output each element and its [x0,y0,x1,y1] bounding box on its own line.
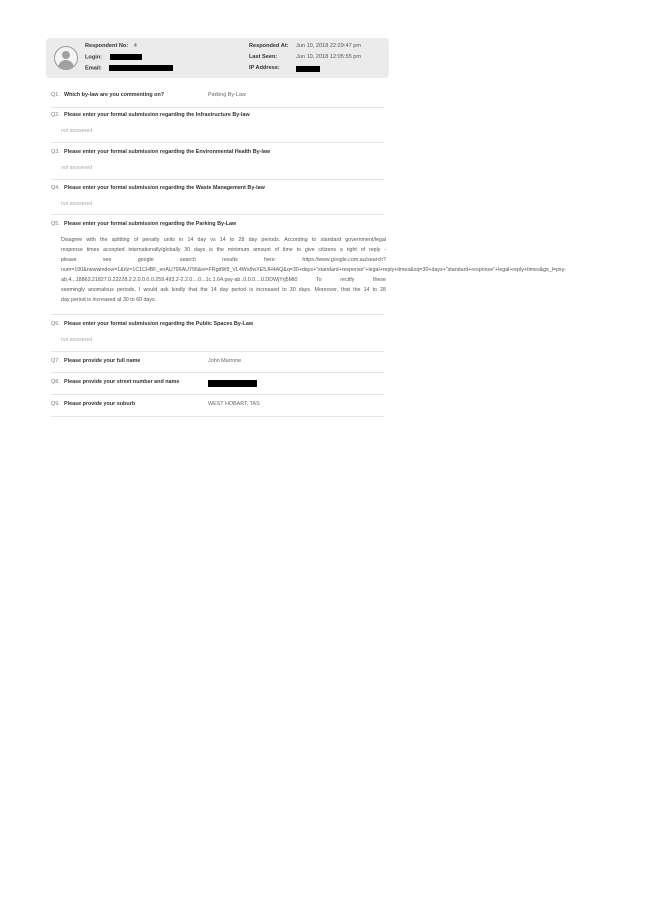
question-6: Q6. Please enter your formal submission … [51,319,384,352]
answer-line: seemingly anomalous periods, I would ask… [61,285,386,295]
last-seen-row: Last Seen: Jun 10, 2018 12:05:55 pm [249,54,277,61]
responded-at-label: Responded At: [249,43,289,49]
email-label: Email: [85,65,102,71]
question-text: Please enter your formal submission rega… [64,221,236,227]
not-answered-text: not answered [61,128,92,134]
question-3: Q3. Please enter your formal submission … [51,147,384,180]
email-redacted [109,65,173,71]
question-number: Q6. [51,321,60,327]
question-number: Q9. [51,401,60,407]
login-row: Login: [85,54,142,61]
user-avatar-icon [54,46,78,70]
ip-address-label: IP Address: [249,65,280,71]
responded-at-row: Responded At: Jun 10, 2018 22:29:47 pm [249,43,289,50]
answer-line: Disagree with the splitting of penalty u… [61,235,386,245]
answer-text: WEST HOBART, TAS [208,401,260,407]
question-text: Please enter your formal submission rega… [64,149,270,155]
question-text: Please provide your suburb [64,401,135,407]
respondent-no-value: 4 [134,43,137,49]
street-redacted [208,380,257,387]
answer-line: please see google search results here: h… [61,255,386,265]
question-text: Please enter your formal submission rega… [64,321,253,327]
not-answered-text: not answered [61,201,92,207]
question-5: Q5. Please enter your formal submission … [51,219,384,315]
submission-answer-text: Disagree with the splitting of penalty u… [61,235,386,305]
question-text: Please enter your formal submission rega… [64,112,250,118]
ip-address-redacted [296,66,320,72]
question-7: Q7. Please provide your full name John M… [51,355,384,373]
question-2: Q2. Please enter your formal submission … [51,110,384,143]
question-text: Which by-law are you commenting on? [64,92,164,98]
question-number: Q7. [51,358,60,364]
respondent-no-row: Respondent No: 4 [85,43,137,50]
answer-line: day period is increased at 30 to 60 days… [61,295,386,305]
question-number: Q5. [51,221,60,227]
answer-text: John Marrone [208,358,241,364]
last-seen-value: Jun 10, 2018 12:05:55 pm [296,54,361,61]
last-seen-label: Last Seen: [249,54,277,60]
question-text: Please enter your formal submission rega… [64,185,265,191]
question-text: Please provide your full name [64,358,140,364]
question-number: Q8. [51,379,60,385]
email-row: Email: [85,65,173,72]
not-answered-text: not answered [61,165,92,171]
question-number: Q2. [51,112,60,118]
login-redacted [110,54,142,60]
question-4: Q4. Please enter your formal submission … [51,183,384,215]
question-1: Q1. Which by-law are you commenting on? … [51,90,384,108]
not-answered-text: not answered [61,337,92,343]
question-8: Q8. Please provide your street number an… [51,376,384,395]
answer-line: response times accepted internationally/… [61,245,386,255]
question-number: Q4. [51,185,60,191]
respondent-header: Respondent No: 4 Login: Email: Responded… [46,38,389,78]
login-label: Login: [85,54,102,60]
question-text: Please provide your street number and na… [64,379,179,385]
respondent-no-label: Respondent No: [85,43,128,49]
question-9: Q9. Please provide your suburb WEST HOBA… [51,398,384,417]
question-number: Q1. [51,92,60,98]
answer-line: num=100&newwindow=1&rlz=1C1CHBF_enAU796A… [61,265,621,275]
responded-at-value: Jun 10, 2018 22:29:47 pm [296,43,361,50]
ip-address-row: IP Address: [249,65,280,72]
answer-line: ab.4...18863.21827.0.22228.2.2.0.0.0.0.2… [61,275,386,285]
question-number: Q3. [51,149,60,155]
answer-text: Parking By-Law [208,92,246,98]
